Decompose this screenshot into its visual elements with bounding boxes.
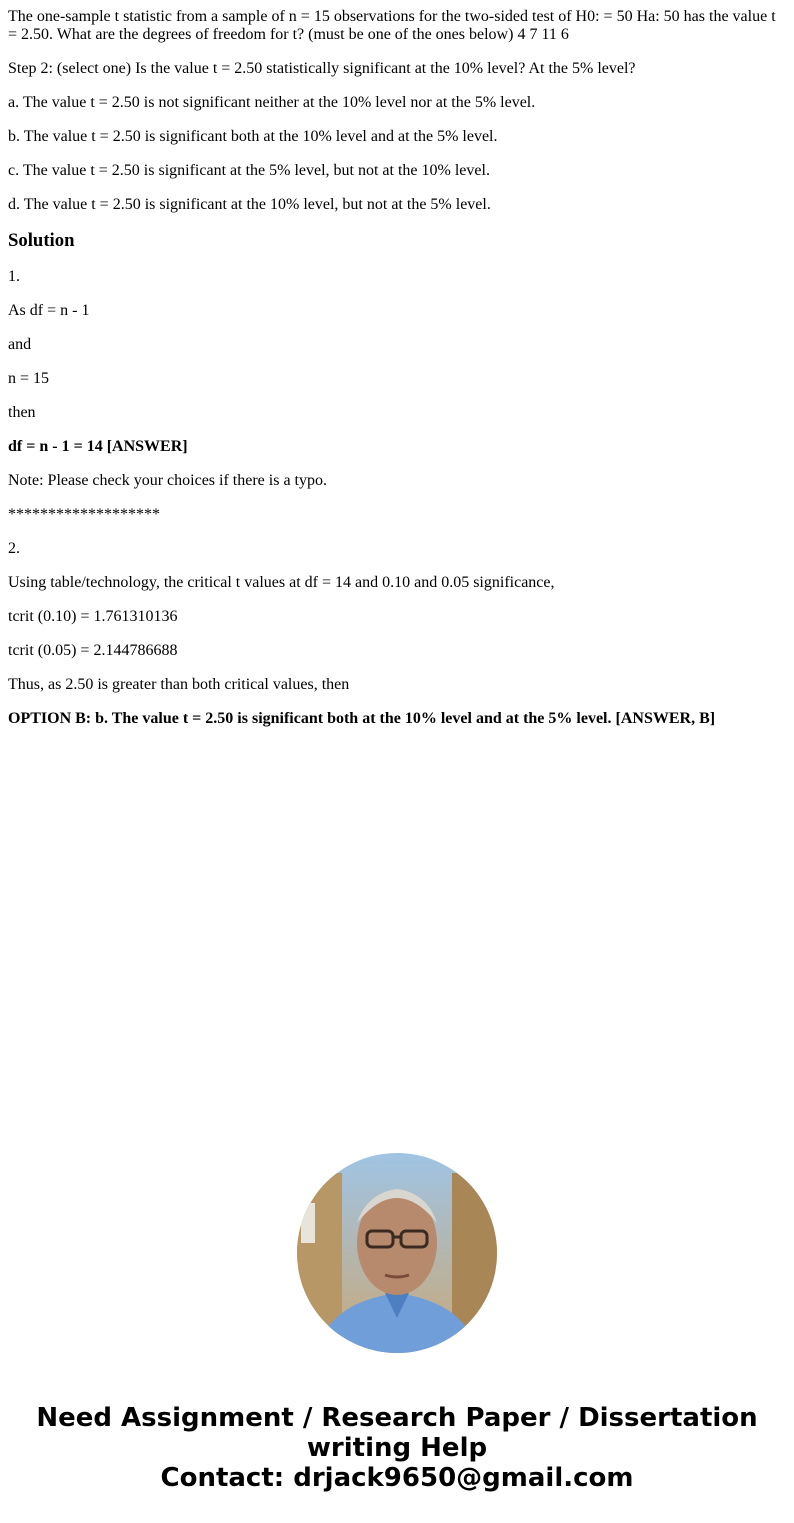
solution-line: then	[8, 404, 784, 422]
option-a: a. The value t = 2.50 is not significant…	[8, 94, 784, 112]
final-answer: OPTION B: b. The value t = 2.50 is signi…	[8, 710, 784, 728]
solution-heading: Solution	[8, 230, 784, 252]
solution-line: Thus, as 2.50 is greater than both criti…	[8, 676, 784, 694]
promo-contact: Contact: drjack9650@gmail.com	[0, 1463, 794, 1493]
option-c: c. The value t = 2.50 is significant at …	[8, 162, 784, 180]
separator: *******************	[8, 506, 784, 524]
solution-body: 1. As df = n - 1 and n = 15 then df = n …	[8, 268, 784, 728]
solution-line: and	[8, 336, 784, 354]
promo-line-1: Need Assignment / Research Paper / Disse…	[0, 1403, 794, 1433]
solution-line: Using table/technology, the critical t v…	[8, 574, 784, 592]
solution-line: n = 15	[8, 370, 784, 388]
question-text: The one-sample t statistic from a sample…	[8, 8, 784, 44]
document-body: The one-sample t statistic from a sample…	[8, 8, 784, 744]
promo-banner: Need Assignment / Research Paper / Disse…	[0, 1403, 794, 1493]
tutor-avatar-photo	[297, 1153, 497, 1353]
solution-line: Note: Please check your choices if there…	[8, 472, 784, 490]
solution-line: As df = n - 1	[8, 302, 784, 320]
option-d: d. The value t = 2.50 is significant at …	[8, 196, 784, 214]
tcrit-010: tcrit (0.10) = 1.761310136	[8, 608, 784, 626]
person-portrait-icon	[297, 1153, 497, 1353]
solution-line: 1.	[8, 268, 784, 286]
step2-prompt: Step 2: (select one) Is the value t = 2.…	[8, 60, 784, 78]
solution-line: 2.	[8, 540, 784, 558]
tcrit-005: tcrit (0.05) = 2.144786688	[8, 642, 784, 660]
option-b: b. The value t = 2.50 is significant bot…	[8, 128, 784, 146]
df-answer: df = n - 1 = 14 [ANSWER]	[8, 438, 784, 456]
answer-options: a. The value t = 2.50 is not significant…	[8, 94, 784, 214]
promo-line-2: writing Help	[0, 1433, 794, 1463]
